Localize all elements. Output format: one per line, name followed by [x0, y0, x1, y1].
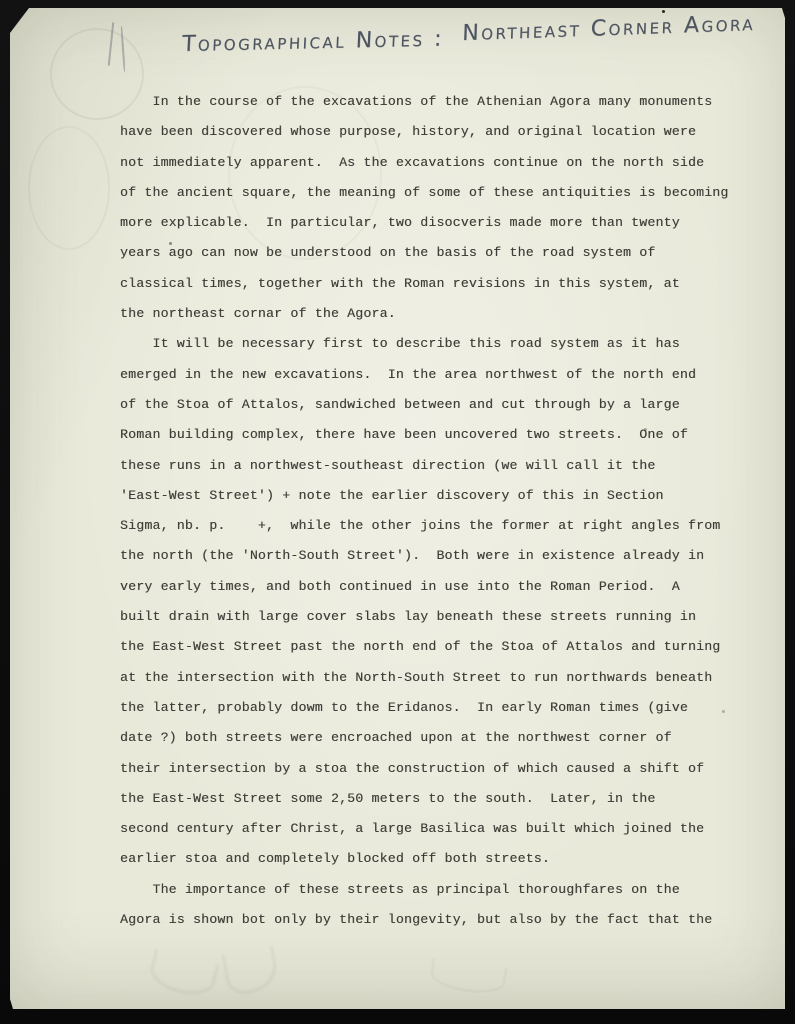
scanned-page-background: { "window": { "background": "#0d0d0d" },…	[0, 0, 795, 1024]
typed-line: Roman building complex, there have been …	[120, 420, 740, 450]
typed-line: have been discovered whose purpose, hist…	[120, 117, 740, 147]
typed-line: the East-West Street some 2,50 meters to…	[120, 784, 740, 814]
scan-speck	[662, 10, 665, 13]
typed-line: second century after Christ, a large Bas…	[120, 814, 740, 844]
typed-line: classical times, together with the Roman…	[120, 269, 740, 299]
watermark-circle	[28, 126, 110, 250]
typed-line: It will be necessary first to describe t…	[120, 329, 740, 359]
typed-line: the north (the 'North-South Street'). Bo…	[120, 541, 740, 571]
typed-line: emerged in the new excavations. In the a…	[120, 360, 740, 390]
typed-line: date ?) both streets were encroached upo…	[120, 723, 740, 753]
typed-line: Agora is shown bot only by their longevi…	[120, 905, 740, 935]
ink-bleedthrough-mark	[428, 958, 507, 997]
ink-bleedthrough-mark	[147, 949, 220, 1001]
typed-line: built drain with large cover slabs lay b…	[120, 602, 740, 632]
handwritten-title-right: Northeast Corner Agora	[462, 11, 756, 46]
document-page: Topographical Notes :Northeast Corner Ag…	[10, 8, 785, 1009]
handwritten-title: Topographical Notes :Northeast Corner Ag…	[181, 20, 755, 57]
typed-line: of the Stoa of Attalos, sandwiched betwe…	[120, 390, 740, 420]
typed-line: more explicable. In particular, two diso…	[120, 208, 740, 238]
typed-line: of the ancient square, the meaning of so…	[120, 178, 740, 208]
typed-line: years ago can now be understood on the b…	[120, 238, 740, 268]
typed-line: very early times, and both continued in …	[120, 572, 740, 602]
typed-line: earlier stoa and completely blocked off …	[120, 844, 740, 874]
handwritten-title-left: Topographical Notes :	[181, 26, 444, 57]
typed-line: the East-West Street past the north end …	[120, 632, 740, 662]
typed-line: In the course of the excavations of the …	[120, 87, 740, 117]
typed-line: at the intersection with the North-South…	[120, 663, 740, 693]
typed-line: the latter, probably dowm to the Eridano…	[120, 693, 740, 723]
typed-line: Sigma, nb. p. +, while the other joins t…	[120, 511, 740, 541]
typed-line: the northeast cornar of the Agora.	[120, 299, 740, 329]
typed-line: not immediately apparent. As the excavat…	[120, 148, 740, 178]
ink-bleedthrough-mark	[222, 946, 281, 997]
typed-line: these runs in a northwest-southeast dire…	[120, 451, 740, 481]
typed-line: their intersection by a stoa the constru…	[120, 754, 740, 784]
typed-body: In the course of the excavations of the …	[120, 87, 740, 935]
typed-line: 'East-West Street') + note the earlier d…	[120, 481, 740, 511]
typed-line: The importance of these streets as princ…	[120, 875, 740, 905]
